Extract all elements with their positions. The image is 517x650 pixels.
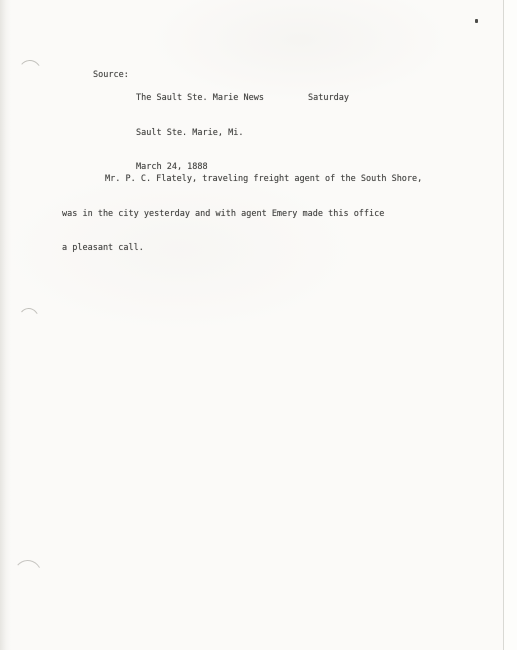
punch-hole-mark-bottom	[13, 559, 43, 576]
source-label: Source:	[93, 70, 129, 82]
article-paragraph: Mr. P. C. Flately, traveling freight age…	[62, 151, 442, 278]
source-weekday: Saturday	[308, 93, 349, 105]
scanned-document-page: Source: The Sault Ste. Marie News Sault …	[0, 0, 517, 650]
article-line: was in the city yesterday and with agent…	[62, 209, 442, 221]
source-publication: The Sault Ste. Marie News	[136, 93, 264, 105]
punch-hole-mark-middle	[18, 307, 40, 320]
source-citation-block: Source: The Sault Ste. Marie News Sault …	[0, 70, 517, 128]
article-line: Mr. P. C. Flately, traveling freight age…	[62, 174, 442, 186]
article-line: a pleasant call.	[62, 243, 442, 255]
ink-speck	[475, 19, 478, 23]
source-location: Sault Ste. Marie, Mi.	[136, 128, 264, 140]
